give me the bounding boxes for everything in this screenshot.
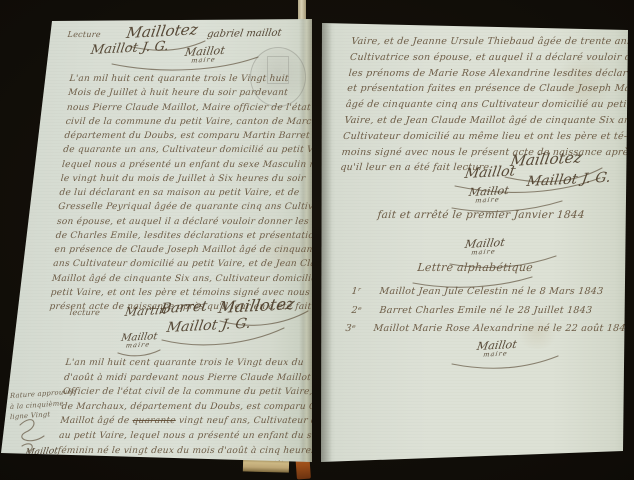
manuscript-line: de quarante un ans, Cultivateur domicili… [63,143,361,157]
manuscript-line: Officier de l'état civil de la commune d… [62,385,344,400]
manuscript-line: Gresselle Peyriqual âgée de quarante cin… [58,200,356,214]
manuscript-line: petit Vaire, et ont les père et témoins … [50,286,348,300]
spine-shadow [320,21,332,463]
manuscript-line: au petit Vaire, lequel nous a présenté u… [58,429,340,444]
manuscript-line: nous Pierre Claude Maillot, Maire offici… [66,101,364,115]
manuscript-line: Vaire, et de Jeanne Ursule Thiebaud âgée… [351,34,634,50]
entry-number: 2ᵉ [351,305,380,316]
manuscript-line: département du Doubs, est comparu Martin… [64,129,362,143]
manuscript-line: L'an mil huit cent quarante trois le Vin… [65,356,347,371]
signature-gabriel-maillot: gabriel maillot [206,28,282,40]
entry-text: Maillot Marie Rose Alexandrine né le 22 … [373,323,632,334]
manuscript-line: de Marchaux, département du Doubs, est c… [61,400,343,415]
act-1843-08-22-continued: Vaire, et de Jeanne Ursule Thiebaud âgée… [340,34,634,176]
manuscript-line: de lui déclarant en sa maison au petit V… [59,186,357,200]
entry-text: Barret Charles Emile né le 28 Juillet 18… [379,305,593,316]
line-after: vingt neuf ans, Cultivateur dom [175,416,331,426]
signature-barret: Barret [159,299,208,317]
manuscript-line: moins signé avec nous le présent acte de… [341,145,634,161]
manuscript-line: civil de la commune du petit Vaire, cant… [65,115,363,129]
act-1843-07-28: L'an mil huit cent quarante trois le Vin… [49,72,367,314]
manuscript-line: Maillot âgé de cinquante Six ans, Cultiv… [51,272,349,286]
manuscript-line: et présentation faites en présence de Cl… [346,81,634,97]
manuscript-line-with-correction: Maillot âgé de quarante vingt neuf ans, … [60,414,342,429]
manuscript-line: lequel nous a présenté un enfant du sexe… [61,158,359,172]
photo-frame: Lecture Maillotez gabriel maillot Maillo… [0,0,634,480]
lecture-word: lecture [69,308,100,317]
closing-statement: fait et arrêté le premier Janvier 1844 [377,209,585,221]
manuscript-line: de Charles Emile, lesdites déclarations … [55,229,353,243]
manuscript-line: féminin né le vingt deux du mois d'août … [57,444,339,459]
index-heading: Lettre alphabétique [417,261,534,274]
index-entry: 2ᵉBarret Charles Emile né le 28 Juillet … [351,305,593,316]
index-entry: 3ᵉMaillot Marie Rose Alexandrine né le 2… [345,323,632,334]
entry-number: 1ʳ [351,286,380,297]
manuscript-line: son épouse, et auquel il a déclaré voulo… [56,215,354,229]
manuscript-line: le vingt huit du mois de Juillet à Six h… [60,172,358,186]
corner-note: Deuxième et Dernier [493,14,594,27]
manuscript-line: en présence de Claude Joseph Maillot âgé… [54,243,352,257]
manuscript-line: Cultivatrice son épouse, et auquel il a … [349,50,634,66]
entry-text: Maillot Jean Jule Celestin né le 8 Mars … [379,286,604,297]
manuscript-line: âgé de cinquante cinq ans Cultivateur do… [345,97,634,113]
manuscript-line: Cultivateur domicilié au même lieu et on… [342,129,634,145]
manuscript-line: d'août à midi pardevant nous Pierre Clau… [63,371,345,386]
manuscript-line: les prénoms de Marie Rose Alexandrine le… [348,66,634,82]
entry-number: 3ᵉ [345,323,374,334]
marginal-annotation: Rature approuvée à la cinquième ligne Vi… [10,386,76,422]
struck-word: quarante [132,416,176,426]
marginal-signature-maillot: Maillot [24,446,58,458]
index-entry: 1ʳMaillot Jean Jule Celestin né le 8 Mar… [351,286,604,297]
manuscript-line: ans Cultivateur domicilié au petit Vaire… [53,257,351,271]
signature-maillot: Maillot [463,163,516,182]
act-1843-08-22: L'an mil huit cent quarante trois le Vin… [56,356,347,473]
manuscript-line: Mois de Juillet à huit heure du soir par… [68,86,366,100]
lecture-label: Lecture [67,30,101,39]
manuscript-line: Vaire, et de Jean Claude Maillot âgé de … [344,113,634,129]
